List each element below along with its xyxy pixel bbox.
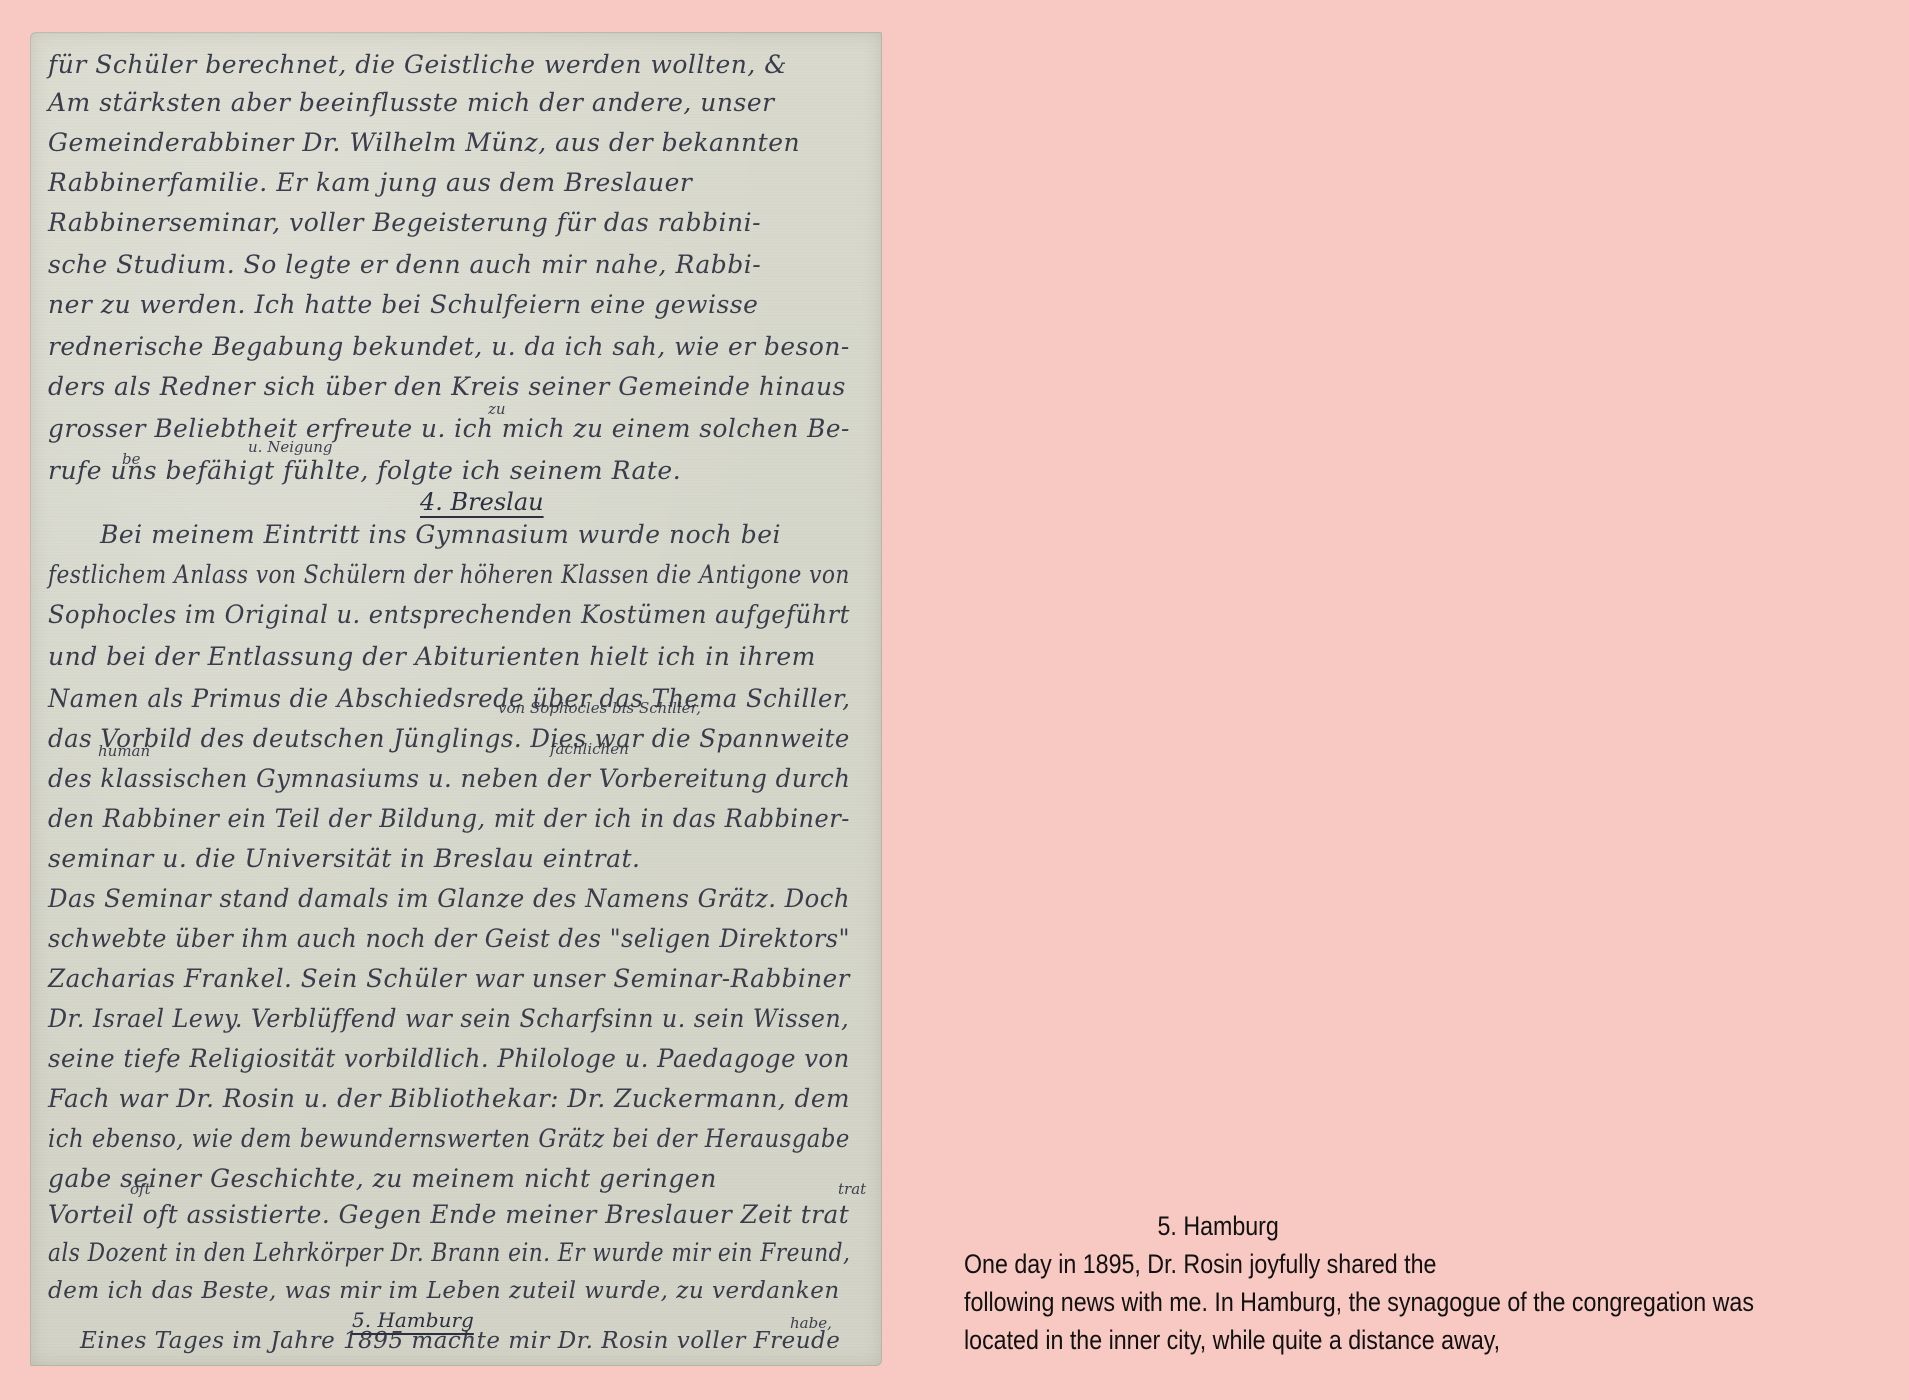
- manuscript-line: Am stärksten aber beeinflusste mich der …: [48, 88, 775, 117]
- manuscript-line: für Schüler berechnet, die Geistliche we…: [48, 50, 787, 79]
- interlinear-note: u. Neigung: [248, 438, 333, 456]
- manuscript-line: Rabbinerseminar, voller Begeisterung für…: [48, 208, 761, 237]
- manuscript-line: Das Seminar stand damals im Glanze des N…: [48, 884, 850, 913]
- manuscript-line: Namen als Primus die Abschiedsrede über …: [48, 684, 851, 713]
- manuscript-line: ders als Redner sich über den Kreis sein…: [48, 372, 846, 401]
- manuscript-line: ich ebenso, wie dem bewundernswerten Grä…: [48, 1124, 850, 1153]
- manuscript-line: Sophocles im Original u. entsprechenden …: [48, 600, 850, 629]
- manuscript-line: Vorteil oft assistierte. Gegen Ende mein…: [48, 1200, 849, 1229]
- manuscript-line: festlichem Anlass von Schülern der höher…: [48, 560, 850, 589]
- manuscript-line: Dr. Israel Lewy. Verblüffend war sein Sc…: [48, 1004, 849, 1033]
- manuscript-line: den Rabbiner ein Teil der Bildung, mit d…: [48, 804, 850, 833]
- transcript-heading: 5. Hamburg: [964, 1207, 1754, 1245]
- manuscript-line: sche Studium. So legte er denn auch mir …: [48, 250, 761, 279]
- interlinear-note: von Sophocles bis Schiller,: [498, 699, 701, 717]
- manuscript-line: Eines Tages im Jahre 1895 machte mir Dr.…: [80, 1328, 840, 1354]
- manuscript-line: Zacharias Frankel. Sein Schüler war unse…: [48, 964, 850, 993]
- manuscript-line: Rabbinerfamilie. Er kam jung aus dem Bre…: [48, 168, 692, 197]
- interlinear-note: fachlichen: [550, 740, 629, 758]
- transcript-line: located in the inner city, while quite a…: [964, 1321, 1754, 1359]
- transcript-line: One day in 1895, Dr. Rosin joyfully shar…: [964, 1245, 1754, 1283]
- manuscript-line: dem ich das Beste, was mir im Leben zute…: [48, 1278, 840, 1304]
- manuscript-line: Fach war Dr. Rosin u. der Bibliothekar: …: [48, 1084, 850, 1113]
- manuscript-line: schwebte über ihm auch noch der Geist de…: [48, 924, 850, 953]
- manuscript-heading-breslau: 4. Breslau: [420, 488, 544, 516]
- manuscript-line: rufe uns befähigt fühlte, folgte ich sei…: [48, 456, 681, 485]
- interlinear-note: oft: [130, 1180, 151, 1198]
- manuscript-line: des klassischen Gymnasiums u. neben der …: [48, 764, 850, 793]
- manuscript-line: das Vorbild des deutschen Jünglings. Die…: [48, 724, 850, 753]
- interlinear-note: human: [98, 742, 150, 760]
- manuscript-line: seine tiefe Religiosität vorbildlich. Ph…: [48, 1044, 850, 1073]
- english-transcript: 5. Hamburg One day in 1895, Dr. Rosin jo…: [964, 1207, 1754, 1359]
- interlinear-note: trat: [838, 1180, 866, 1198]
- manuscript-line: ner zu werden. Ich hatte bei Schulfeiern…: [48, 290, 758, 319]
- manuscript-line: und bei der Entlassung der Abiturienten …: [48, 642, 816, 671]
- manuscript-line: grosser Beliebtheit erfreute u. ich mich…: [48, 414, 850, 443]
- manuscript-scan-image: für Schüler berechnet, die Geistliche we…: [30, 32, 882, 1366]
- manuscript-line: rednerische Begabung bekundet, u. da ich…: [48, 332, 850, 361]
- manuscript-line: Gemeinderabbiner Dr. Wilhelm Münz, aus d…: [48, 128, 800, 157]
- transcript-line: following news with me. In Hamburg, the …: [964, 1283, 1754, 1321]
- manuscript-line: Bei meinem Eintritt ins Gymnasium wurde …: [100, 520, 781, 549]
- manuscript-line: seminar u. die Universität in Breslau ei…: [48, 844, 641, 873]
- manuscript-line: als Dozent in den Lehrkörper Dr. Brann e…: [48, 1238, 850, 1267]
